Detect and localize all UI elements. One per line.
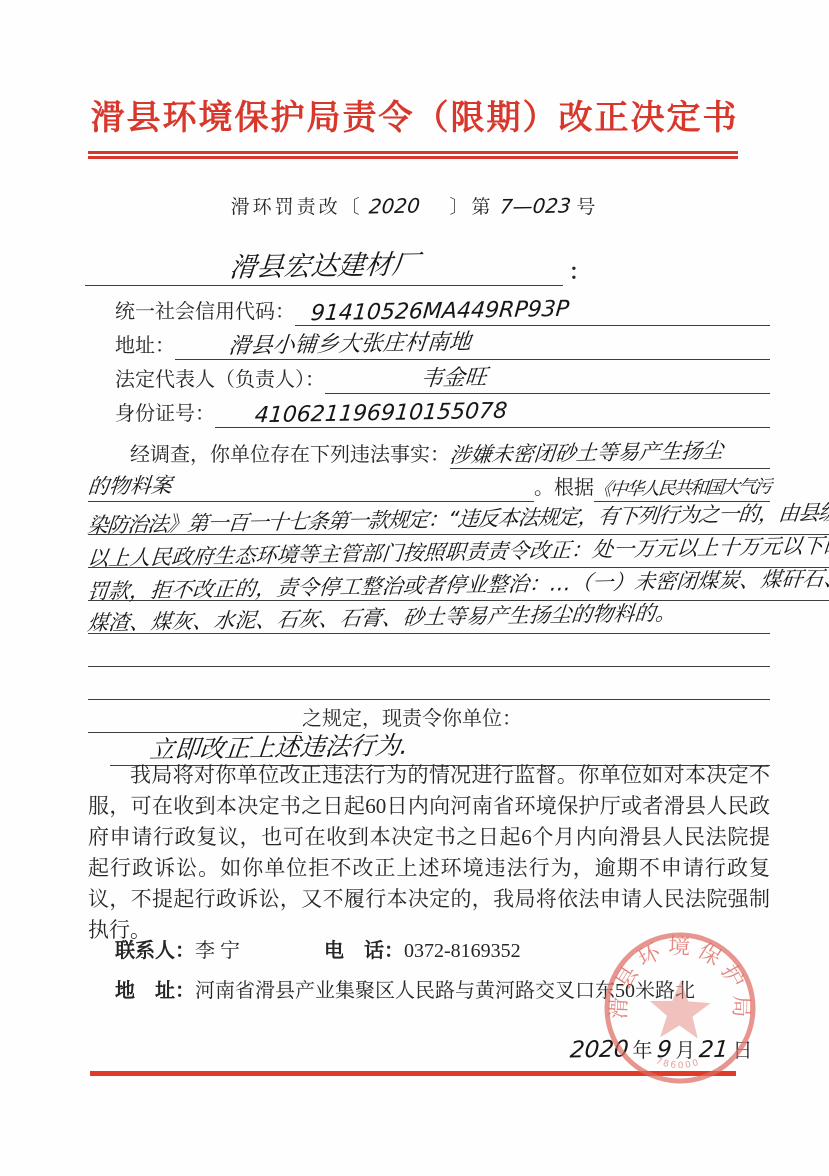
ruled-line: 的物料案 [88, 470, 534, 502]
violation-facts-section: 经调查，你单位存在下列违法事实： 涉嫌未密闭砂土等易产生扬尘 的物料案 。根据 … [88, 436, 770, 766]
ruled-blank-line [88, 667, 770, 700]
fact-handwritten-1: 涉嫌未密闭砂土等易产生扬尘 [448, 435, 724, 471]
field-label: 地址： [115, 329, 175, 360]
recipient-fields: 统一社会信用代码： 91410526MA449RP93P 地址： 滑县小铺乡大张… [115, 292, 770, 428]
field-label: 身份证号： [115, 397, 215, 428]
supervision-paragraph: 我局将对你单位改正违法行为的情况进行监督。你单位如对本决定不服，可在收到本决定书… [88, 760, 770, 946]
document-number: 滑环罚责改〔2020〕第7—023号 [0, 192, 829, 219]
field-value-handwritten: 滑县小铺乡大张庄村南地 [227, 325, 472, 360]
contact-person-label: 联系人： [115, 940, 195, 962]
field-value-underline: 410621196910155078 [215, 401, 770, 428]
contact-phone: 0372-8169352 [404, 940, 521, 962]
title-divider [88, 151, 738, 159]
contact-person-row: 联系人：李 宁电 话：0372-8169352 [115, 934, 775, 963]
doc-number-middle: 〕第 [449, 197, 493, 218]
field-row-id-number: 身份证号： 410621196910155078 [115, 394, 770, 428]
legal-line: 以上人民政府生态环境等主管部门按照职责责令改正：处一万元以上十万元以下的 [88, 535, 770, 568]
contact-address-label: 地 址： [115, 980, 195, 1002]
ruled-line: 涉嫌未密闭砂土等易产生扬尘 [450, 437, 770, 469]
date-month-handwritten: 9 [655, 1037, 672, 1063]
date-day-suffix: 日 [732, 1040, 752, 1062]
doc-number-suffix: 号 [576, 197, 598, 218]
recipient-name-handwritten: 滑县宏达建材厂 [228, 242, 421, 284]
ruled-blank-line [88, 634, 770, 667]
doc-number-prefix: 滑环罚责改〔 [231, 197, 363, 218]
field-value-underline: 韦金旺 [325, 361, 770, 394]
ruled-line [88, 666, 770, 667]
ruled-line: 罚款，拒不改正的，责令停工整治或者停业整治：…（一）未密闭煤炭、煤矸石、 [88, 569, 829, 601]
doc-number-year-handwritten: 2020 [367, 194, 420, 219]
contact-section: 联系人：李 宁电 话：0372-8169352 地 址：河南省滑县产业集聚区人民… [115, 934, 775, 1014]
scanned-document-page: 滑县环境保护局责令（限期）改正决定书 滑环罚责改〔2020〕第7—023号 滑县… [0, 0, 829, 1176]
legal-line: 煤渣、煤灰、水泥、石灰、石膏、砂土等易产生扬尘的物料的。 [88, 601, 770, 634]
facts-intro: 经调查，你单位存在下列违法事实： [88, 438, 450, 469]
field-label: 法定代表人（负责人）： [115, 363, 325, 394]
contact-person: 李 宁 [195, 940, 240, 962]
date-year-suffix: 年 [633, 1040, 653, 1062]
doc-number-serial-handwritten: 7—023 [498, 193, 571, 218]
contact-address: 河南省滑县产业集聚区人民路与黄河路交叉口东50米路北 [195, 980, 695, 1002]
ruled-line [88, 699, 770, 700]
facts-intro-line: 经调查，你单位存在下列违法事实： 涉嫌未密闭砂土等易产生扬尘 [88, 436, 770, 469]
ruled-line: 染防治法》第一百一十七条第一款规定：“违反本法规定，有下列行为之一的，由县级 [88, 503, 829, 535]
field-value-handwritten: 韦金旺 [420, 360, 489, 392]
recipient-colon: ： [569, 260, 590, 284]
basis-printed: 。根据 [534, 471, 594, 502]
recipient-name-row: 滑县宏达建材厂： [85, 244, 590, 286]
document-title: 滑县环境保护局责令（限期）改正决定书 [40, 90, 789, 139]
field-value-handwritten: 410621196910155078 [254, 399, 509, 428]
field-label: 统一社会信用代码： [115, 295, 295, 326]
field-value-underline: 滑县小铺乡大张庄村南地 [175, 327, 770, 360]
field-row-address: 地址： 滑县小铺乡大张庄村南地 [115, 326, 770, 360]
contact-phone-label: 电 话： [324, 940, 404, 962]
ruled-line: 煤渣、煤灰、水泥、石灰、石膏、砂土等易产生扬尘的物料的。 [88, 602, 770, 634]
date-month-suffix: 月 [675, 1040, 695, 1062]
field-value-handwritten: 91410526MA449RP93P [310, 297, 570, 326]
field-value-underline: 91410526MA449RP93P [295, 299, 770, 326]
contact-address-row: 地 址：河南省滑县产业集聚区人民路与黄河路交叉口东50米路北 [115, 974, 775, 1003]
field-row-credit-code: 统一社会信用代码： 91410526MA449RP93P [115, 292, 770, 326]
field-row-legal-representative: 法定代表人（负责人）： 韦金旺 [115, 360, 770, 394]
fact-handwritten-2: 的物料案 [87, 469, 174, 501]
date-year-handwritten: 2020 [569, 1036, 630, 1063]
ruled-line: 以上人民政府生态环境等主管部门按照职责责令改正：处一万元以上十万元以下的 [88, 536, 829, 568]
facts-continuation-line: 的物料案 。根据 《中华人民共和国大气污 [88, 469, 770, 502]
bottom-red-line [90, 1071, 736, 1076]
legal-line: 染防治法》第一百一十七条第一款规定：“违反本法规定，有下列行为之一的，由县级 [88, 502, 770, 535]
recipient-name-underline: 滑县宏达建材厂 [85, 244, 563, 286]
document-date: 2020年9月21日 [566, 1034, 752, 1063]
date-day-handwritten: 21 [698, 1037, 730, 1064]
